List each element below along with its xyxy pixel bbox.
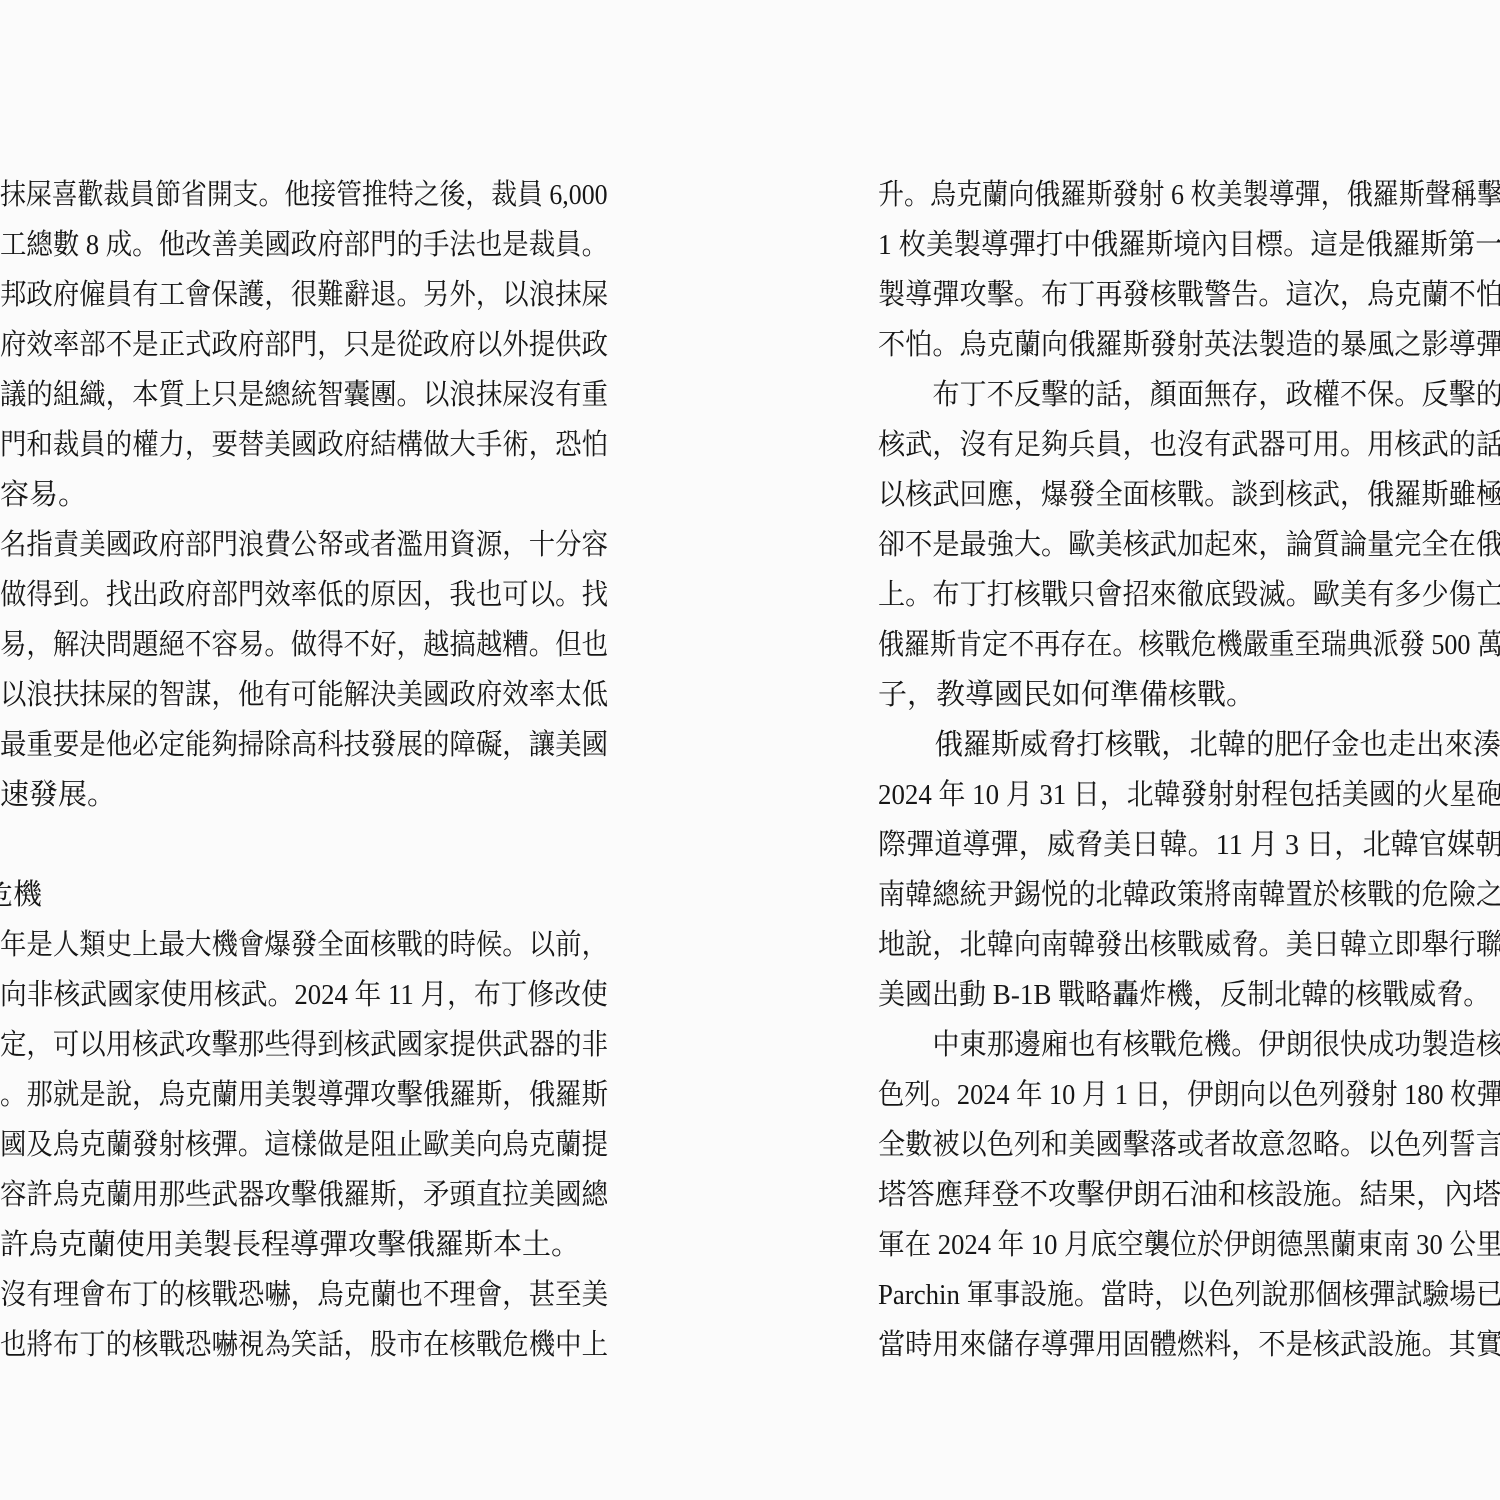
- text-line: 。那就是說，烏克蘭用美製導彈攻擊俄羅斯，俄羅斯: [0, 1070, 558, 1120]
- text-line: 容易。: [0, 470, 612, 520]
- text-line: 府效率部不是正式政府部門，只是從政府以外提供政: [0, 320, 558, 370]
- text-line: 全數被以色列和美國擊落或者故意忽略。以色列誓言: [878, 1120, 1478, 1170]
- text-line: 向非核武國家使用核武。2024 年 11 月，布丁修改使: [0, 970, 565, 1020]
- text-line: 年是人類史上最大機會爆發全面核戰的時候。以前，: [0, 920, 558, 970]
- document-page: 抹屎喜歡裁員節省開支。他接管推特之後，裁員 6,000 工總數 8 成。他改善美…: [0, 0, 1500, 1500]
- text-line: 上。布丁打核戰只會招來徹底毀滅。歐美有多少傷亡: [878, 570, 1478, 620]
- blank-line: [0, 820, 612, 870]
- text-line: 南韓總統尹錫悦的北韓政策將南韓置於核戰的危險之: [878, 870, 1478, 920]
- text-line: 門和裁員的權力，要替美國政府結構做大手術，恐怕: [0, 420, 558, 470]
- right-text-column: 升。烏克蘭向俄羅斯發射 6 枚美製導彈，俄羅斯聲稱擊 1 枚美製導彈打中俄羅斯境…: [878, 170, 1500, 1370]
- text-line: 也將布丁的核戰恐嚇視為笑話，股市在核戰危機中上: [0, 1320, 558, 1370]
- text-line: 際彈道導彈，威脅美日韓。11 月 3 日，北韓官媒朝: [878, 820, 1499, 870]
- text-line: 工總數 8 成。他改善美國政府部門的手法也是裁員。: [0, 220, 558, 270]
- text-line: 沒有理會布丁的核戰恐嚇，烏克蘭也不理會，甚至美: [0, 1270, 558, 1320]
- text-line: 抹屎喜歡裁員節省開支。他接管推特之後，裁員 6,000: [0, 170, 546, 220]
- text-line: 名指責美國政府部門浪費公帑或者濫用資源，十分容: [0, 520, 558, 570]
- text-line: 不怕。烏克蘭向俄羅斯發射英法製造的暴風之影導彈: [878, 320, 1478, 370]
- text-line: 許烏克蘭使用美製長程導彈攻擊俄羅斯本土。: [0, 1220, 612, 1270]
- text-line: 邦政府僱員有工會保護，很難辭退。另外，以浪抹屎: [0, 270, 558, 320]
- text-line: 當時用來儲存導彈用固體燃料，不是核武設施。其實: [878, 1320, 1478, 1370]
- text-line: 色列。2024 年 10 月 1 日，伊朗向以色列發射 180 枚彈: [878, 1070, 1459, 1120]
- text-line: 軍在 2024 年 10 月底空襲位於伊朗德黑蘭東南 30 公里: [878, 1220, 1465, 1270]
- text-line: 定，可以用核武攻擊那些得到核武國家提供武器的非: [0, 1020, 558, 1070]
- text-line: 國及烏克蘭發射核彈。這樣做是阻止歐美向烏克蘭提: [0, 1120, 558, 1170]
- text-line: 最重要是他必定能夠掃除高科技發展的障礙，讓美國: [0, 720, 558, 770]
- text-line: 核武，沒有足夠兵員，也沒有武器可用。用核武的話: [878, 420, 1478, 470]
- text-line: 做得到。找出政府部門效率低的原因，我也可以。找: [0, 570, 558, 620]
- text-line: 1 枚美製導彈打中俄羅斯境內目標。這是俄羅斯第一: [878, 220, 1484, 270]
- section-heading: 危機: [0, 870, 612, 920]
- text-line: 以浪扶抹屎的智謀，他有可能解決美國政府效率太低: [0, 670, 558, 720]
- text-line: 俄羅斯肯定不再存在。核戰危機嚴重至瑞典派發 500 萬: [878, 620, 1453, 670]
- text-line: 卻不是最強大。歐美核武加起來，論質論量完全在俄: [878, 520, 1478, 570]
- text-line: 俄羅斯威脅打核戰，北韓的肥仔金也走出來湊: [878, 720, 1500, 770]
- text-line: 以核武回應，爆發全面核戰。談到核武，俄羅斯雖極: [878, 470, 1478, 520]
- text-line: 2024 年 10 月 31 日，北韓發射射程包括美國的火星砲: [878, 770, 1471, 820]
- text-line: 子，教導國民如何準備核戰。: [878, 670, 1500, 720]
- text-line: 製導彈攻擊。布丁再發核戰警告。這次，烏克蘭不怕: [878, 270, 1478, 320]
- text-line: 速發展。: [0, 770, 612, 820]
- text-line: 議的組織，本質上只是總統智囊團。以浪抹屎沒有重: [0, 370, 558, 420]
- text-line: 塔答應拜登不攻擊伊朗石油和核設施。結果，內塔: [878, 1170, 1500, 1220]
- text-line: 中東那邊廂也有核戰危機。伊朗很快成功製造核: [878, 1020, 1478, 1070]
- text-line: 地說，北韓向南韓發出核戰威脅。美日韓立即舉行聯: [878, 920, 1478, 970]
- text-line: 美國出動 B-1B 戰略轟炸機，反制北韓的核戰威脅。: [878, 970, 1474, 1020]
- left-text-column: 抹屎喜歡裁員節省開支。他接管推特之後，裁員 6,000 工總數 8 成。他改善美…: [0, 170, 612, 1370]
- text-line: 升。烏克蘭向俄羅斯發射 6 枚美製導彈，俄羅斯聲稱擊: [878, 170, 1453, 220]
- text-line: 容許烏克蘭用那些武器攻擊俄羅斯，矛頭直拉美國總: [0, 1170, 558, 1220]
- text-line: 布丁不反擊的話，顏面無存，政權不保。反擊的: [878, 370, 1478, 420]
- text-line: Parchin 軍事設施。當時，以色列說那個核彈試驗場已: [878, 1270, 1470, 1320]
- text-line: 易，解決問題絕不容易。做得不好，越搞越糟。但也: [0, 620, 558, 670]
